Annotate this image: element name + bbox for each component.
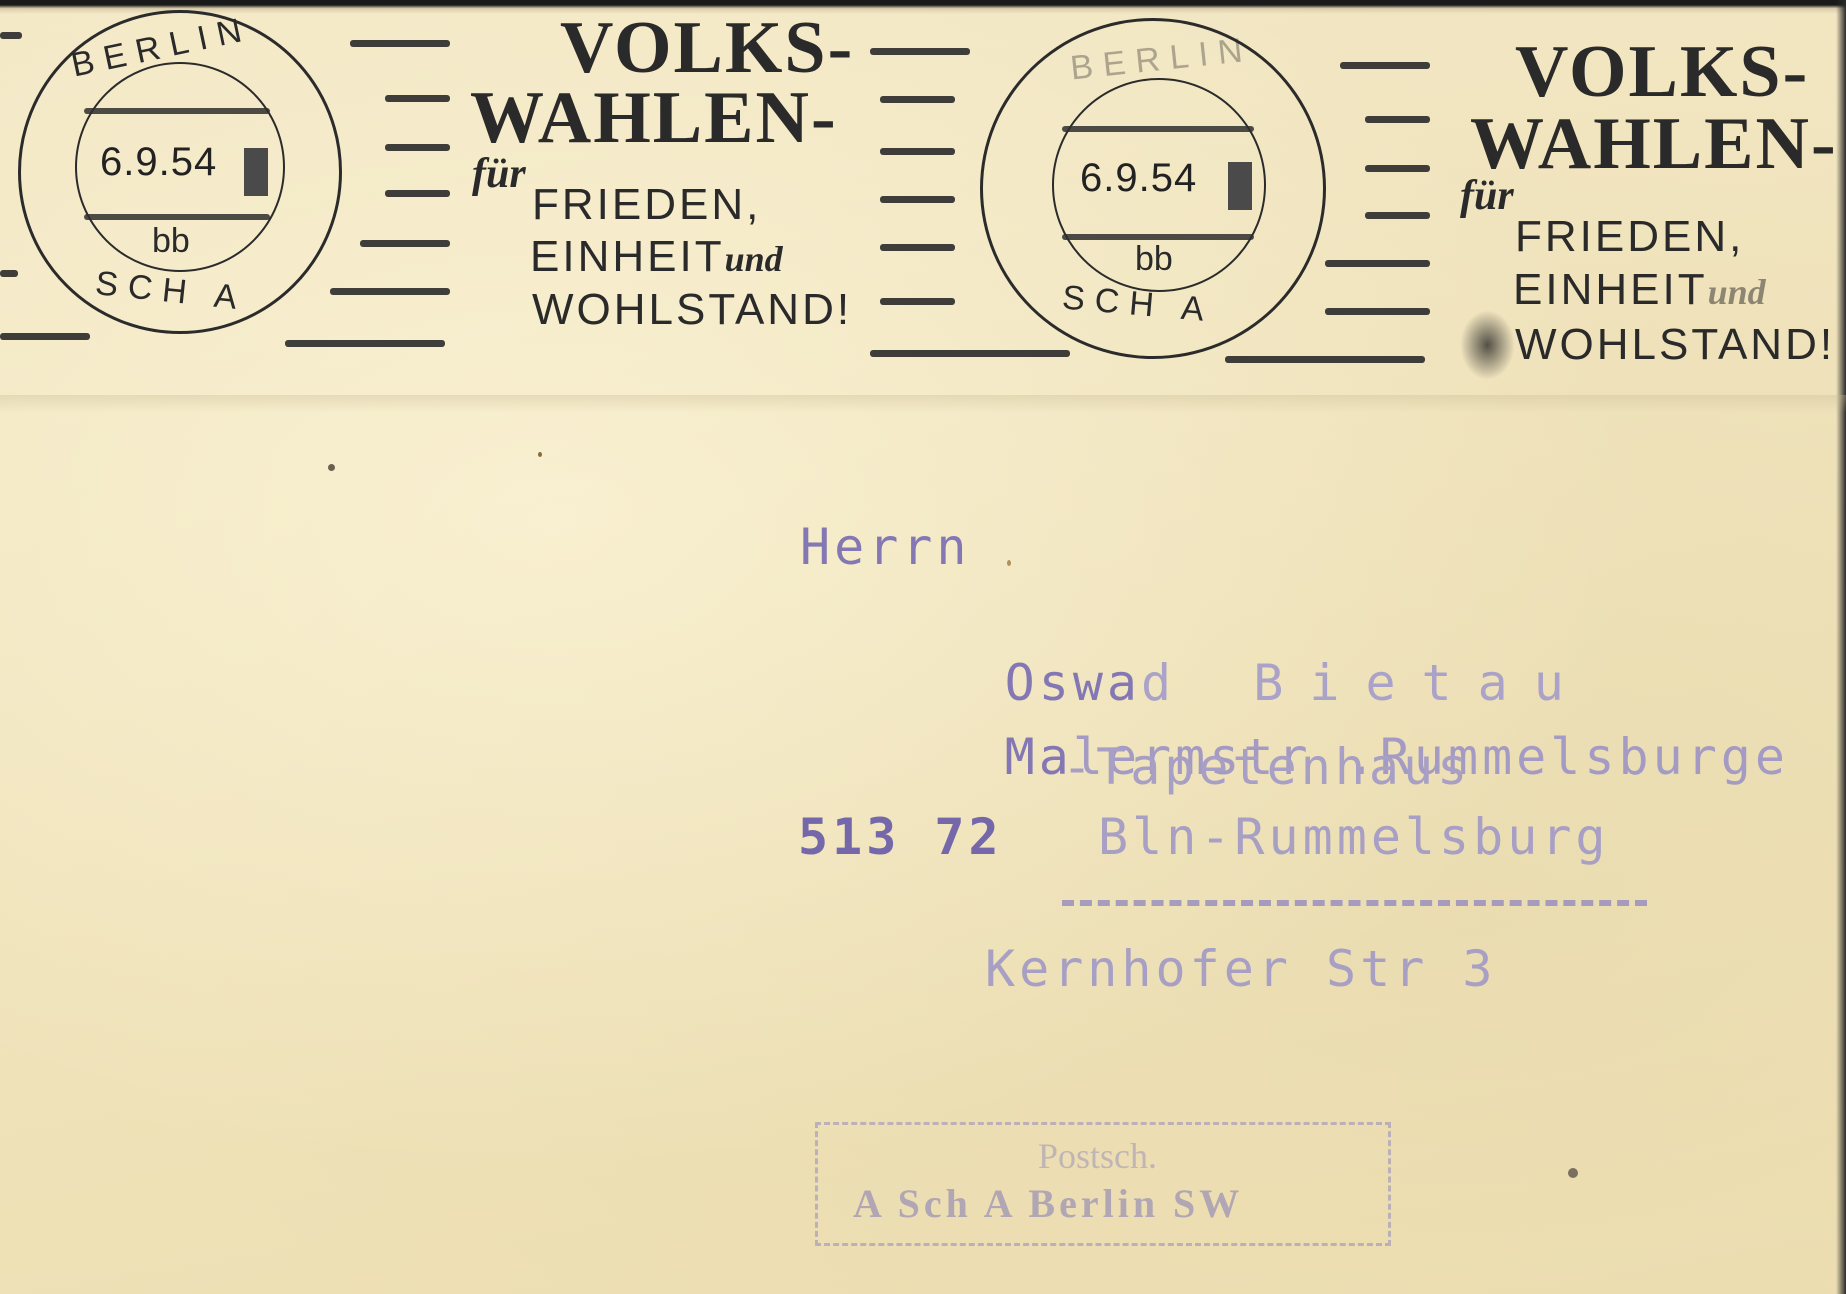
address-postal-code: 513 72 — [798, 808, 1003, 866]
postmark-circular-1: 6.9.54 BERLIN bb SCH A — [0, 0, 360, 340]
postmark-date: 6.9.54 — [1080, 156, 1197, 201]
envelope: 6.9.54 BERLIN bb SCH A VOLKS- WAHLEN- fü… — [0, 0, 1846, 1294]
slogan-line-einheit: EINHEITund — [530, 232, 783, 282]
slogan-fur: für — [1460, 172, 1514, 220]
address-city: Bln-Rummelsburg — [1098, 808, 1610, 866]
paper-speck — [328, 464, 335, 471]
address-business: -Tapetenhaus — [1062, 738, 1471, 796]
slogan-line-wohlstand: WOHLSTAND! — [532, 285, 852, 335]
slogan-fur: für — [472, 150, 526, 198]
slogan-cancel-2: VOLKS- WAHLEN- für FRIEDEN, EINHEITund W… — [1430, 20, 1846, 390]
boxed-handstamp: Postsch. A Sch A Berlin SW — [815, 1122, 1391, 1246]
slogan-und: und — [725, 239, 783, 279]
slogan-line-frieden: FRIEDEN, — [1515, 212, 1744, 262]
postmark-hour-block — [1228, 162, 1252, 210]
date-bridge-top — [1062, 126, 1254, 132]
postmark-code: bb — [152, 222, 190, 261]
flap-fold — [0, 395, 1846, 413]
date-bridge-bottom — [84, 214, 270, 220]
handstamp-line-2: A Sch A Berlin SW — [853, 1180, 1243, 1227]
ink-smudge — [1460, 310, 1515, 380]
slogan-line-wohlstand: WOHLSTAND! — [1515, 320, 1835, 370]
slogan-line-wahlen: WAHLEN- — [470, 76, 838, 161]
address-salutation: Herrn — [800, 518, 971, 576]
postmark-hour-block — [244, 148, 268, 196]
slogan-und: und — [1708, 272, 1766, 312]
paper-speck — [1568, 1168, 1578, 1178]
postmark-circular-2: 6.9.54 BERLIN bb SCH A — [970, 0, 1340, 370]
postmark-code: bb — [1135, 240, 1173, 279]
handstamp-line-1: Postsch. — [1038, 1135, 1157, 1177]
address-street: Kernhofer Str 3 — [985, 940, 1497, 998]
slogan-line-frieden: FRIEDEN, — [532, 180, 761, 230]
postmark-date: 6.9.54 — [100, 140, 217, 185]
date-bridge-top — [84, 108, 270, 114]
address-underline-dashes — [1062, 900, 1647, 906]
paper-speck — [1007, 560, 1011, 566]
slogan-cancel-1: VOLKS- WAHLEN- für FRIEDEN, EINHEITund W… — [470, 0, 870, 360]
slogan-line-einheit: EINHEITund — [1513, 265, 1766, 315]
paper-speck — [538, 452, 542, 457]
slogan-line-wahlen: WAHLEN- — [1470, 102, 1838, 187]
